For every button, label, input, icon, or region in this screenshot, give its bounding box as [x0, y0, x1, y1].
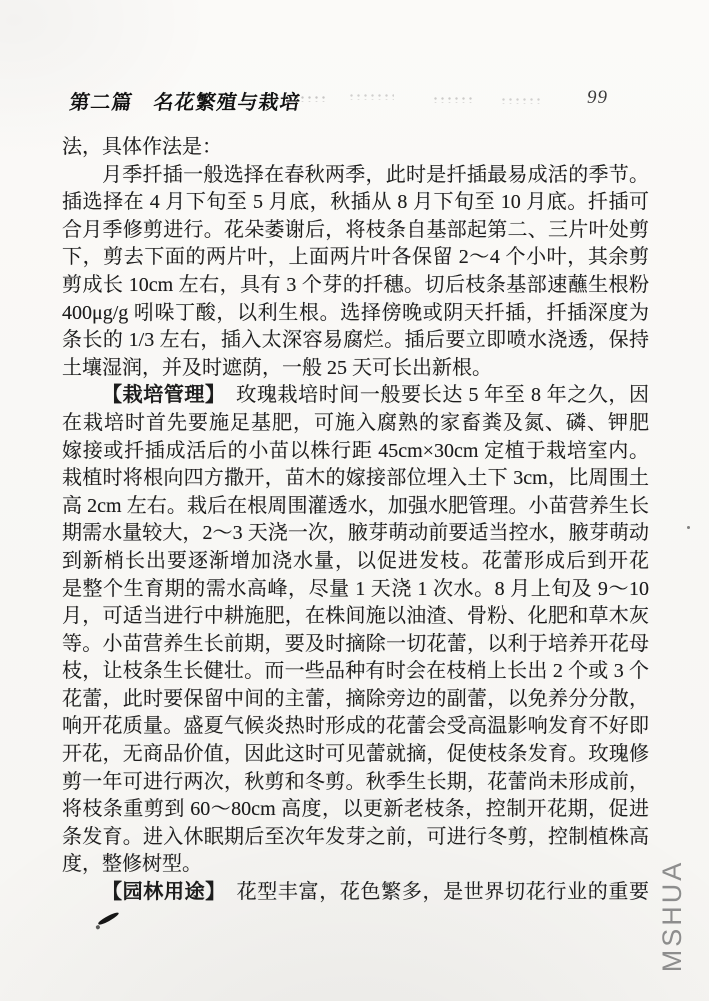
text-line: 度，整修树型。 [62, 851, 649, 879]
text-run: 剪一年可进行两次，秋剪和冬剪。秋季生长期，花蕾尚未形成前，可 [62, 771, 649, 797]
text-run: 嫁接或扦插成活后的小苗以株行距 45cm×30cm 定植于栽培室内。 [62, 440, 649, 462]
watermark-text: MSHUA [657, 858, 689, 974]
text-run: 高 2cm 左右。栽后在根周围灌透水，加强水肥管理。小苗营养生长 [62, 495, 649, 517]
text-line: 法，具体作法是： [62, 134, 649, 162]
text-line: 响开花质量。盛夏气候炎热时形成的花蕾会受高温影响发育不好即 [62, 713, 649, 741]
text-line: 土壤湿润，并及时遮荫，一般 25 天可长出新根。 [62, 355, 649, 383]
text-run: 度，整修树型。 [62, 853, 202, 875]
text-run: 在栽培时首先要施足基肥，可施入腐熟的家畜粪及氮、磷、钾肥等。 [62, 412, 649, 438]
text-line: 插选择在 4 月下旬至 5 月底，秋插从 8 月下旬至 10 月底。扦插可结 [62, 189, 649, 217]
text-run: 到新梢长出要逐渐增加浇水量，以促进发枝。花蕾形成后到开花期， [62, 550, 649, 576]
text-line: 下，剪去下面的两片叶，上面两片叶各保留 2～4 个小叶，其余剪去， [62, 244, 649, 272]
text-line: 400μg/g 吲哚丁酸，以利生根。选择傍晚或阴天扦插，扦插深度为插 [62, 300, 649, 328]
scan-smudge-artifact [500, 97, 544, 104]
text-run: 条发育。进入休眠期后至次年发芽之前，可进行冬剪，控制植株高 [62, 826, 649, 848]
text-run: 月，可适当进行中耕施肥，在株间施以油渣、骨粉、化肥和草木灰 [62, 605, 649, 627]
text-line: 【园林用途】 花型丰富，花色繁多，是世界切花行业的重要品 [62, 879, 649, 907]
text-run: 开花，无商品价值，因此这时可见蕾就摘，促使枝条发育。玫瑰修 [62, 743, 649, 765]
text-run: 下，剪去下面的两片叶，上面两片叶各保留 2～4 个小叶，其余剪去， [62, 246, 649, 272]
section-heading-label: 【园林用途】 [102, 881, 216, 903]
text-line: 期需水量较大，2～3 天浇一次，腋芽萌动前要适当控水，腋芽萌动 [62, 520, 649, 548]
text-run: 花蕾，此时要保留中间的主蕾，摘除旁边的副蕾，以免养分分散，影 [62, 688, 649, 714]
text-run: 剪成长 10cm 左右，具有 3 个芽的扦穗。切后枝条基部速蘸生根粉或 [62, 274, 649, 300]
scan-smudge-artifact [432, 96, 472, 103]
text-run: 枝，让枝条生长健壮。而一些品种有时会在枝梢上长出 2 个或 3 个 [62, 660, 649, 682]
text-line: 将枝条重剪到 60～80cm 高度，以更新老枝条，控制开花期，促进枝 [62, 796, 649, 824]
text-line: 栽植时将根向四方撒开，苗木的嫁接部位埋入土下 3cm，比周围土层 [62, 465, 649, 493]
text-line: 月季扦插一般选择在春秋两季，此时是扦插最易成活的季节。春 [62, 162, 649, 190]
text-line: 剪成长 10cm 左右，具有 3 个芽的扦穗。切后枝条基部速蘸生根粉或 [62, 272, 649, 300]
text-line: 嫁接或扦插成活后的小苗以株行距 45cm×30cm 定植于栽培室内。 [62, 438, 649, 466]
scan-smudge-artifact [292, 95, 326, 102]
text-run: 月季扦插一般选择在春秋两季，此时是扦插最易成活的季节。春 [62, 164, 649, 190]
text-line: 在栽培时首先要施足基肥，可施入腐熟的家畜粪及氮、磷、钾肥等。 [62, 410, 649, 438]
text-run: 插选择在 4 月下旬至 5 月底，秋插从 8 月下旬至 10 月底。扦插可结 [62, 191, 649, 217]
text-line: 剪一年可进行两次，秋剪和冬剪。秋季生长期，花蕾尚未形成前，可 [62, 769, 649, 797]
text-line: 高 2cm 左右。栽后在根周围灌透水，加强水肥管理。小苗营养生长 [62, 493, 649, 521]
text-run: 400μg/g 吲哚丁酸，以利生根。选择傍晚或阴天扦插，扦插深度为插 [62, 302, 649, 328]
text-run: 条长的 1/3 左右，插入太深容易腐烂。插后要立即喷水浇透，保持 [62, 329, 649, 351]
text-run: 响开花质量。盛夏气候炎热时形成的花蕾会受高温影响发育不好即 [62, 715, 649, 737]
text-line: 【栽培管理】 玫瑰栽培时间一般要长达 5 年至 8 年之久，因此 [62, 382, 649, 410]
text-run: 将枝条重剪到 60～80cm 高度，以更新老枝条，控制开花期，促进枝 [62, 798, 649, 824]
text-line: 到新梢长出要逐渐增加浇水量，以促进发枝。花蕾形成后到开花期， [62, 548, 649, 576]
text-line: 合月季修剪进行。花朵萎谢后，将枝条自基部起第二、三片叶处剪 [62, 217, 649, 245]
ink-mark [97, 911, 120, 927]
text-line: 条发育。进入休眠期后至次年发芽之前，可进行冬剪，控制植株高 [62, 824, 649, 852]
text-run: 合月季修剪进行。花朵萎谢后，将枝条自基部起第二、三片叶处剪 [62, 219, 649, 241]
text-line: 枝，让枝条生长健壮。而一些品种有时会在枝梢上长出 2 个或 3 个 [62, 658, 649, 686]
page-number: 99 [587, 87, 608, 109]
running-header-title: 第二篇 名花繁殖与栽培 [68, 86, 303, 115]
text-run: 土壤湿润，并及时遮荫，一般 25 天可长出新根。 [62, 357, 492, 379]
scan-speck-artifact [687, 526, 690, 529]
section-heading-label: 【栽培管理】 [102, 384, 216, 406]
text-line: 月，可适当进行中耕施肥，在株间施以油渣、骨粉、化肥和草木灰 [62, 603, 649, 631]
text-line: 花蕾，此时要保留中间的主蕾，摘除旁边的副蕾，以免养分分散，影 [62, 686, 649, 714]
text-run: 等。小苗营养生长前期，要及时摘除一切花蕾，以利于培养开花母 [62, 633, 649, 655]
text-line: 是整个生育期的需水高峰，尽量 1 天浇 1 次水。8 月上旬及 9～10 [62, 576, 649, 604]
text-line: 等。小苗营养生长前期，要及时摘除一切花蕾，以利于培养开花母 [62, 631, 649, 659]
book-page-scan: 第二篇 名花繁殖与栽培 99 法，具体作法是：月季扦插一般选择在春秋两季，此时是… [0, 0, 709, 1001]
scan-smudge-artifact [348, 93, 394, 100]
text-line: 开花，无商品价值，因此这时可见蕾就摘，促使枝条发育。玫瑰修 [62, 741, 649, 769]
text-run: 期需水量较大，2～3 天浇一次，腋芽萌动前要适当控水，腋芽萌动 [62, 522, 649, 544]
text-line: 条长的 1/3 左右，插入太深容易腐烂。插后要立即喷水浇透，保持 [62, 327, 649, 355]
text-run: 是整个生育期的需水高峰，尽量 1 天浇 1 次水。8 月上旬及 9～10 [62, 578, 649, 600]
text-run: 法，具体作法是： [62, 136, 222, 158]
body-text: 法，具体作法是：月季扦插一般选择在春秋两季，此时是扦插最易成活的季节。春插选择在… [62, 134, 649, 907]
text-run: 栽植时将根向四方撒开，苗木的嫁接部位埋入土下 3cm，比周围土层 [62, 467, 649, 493]
